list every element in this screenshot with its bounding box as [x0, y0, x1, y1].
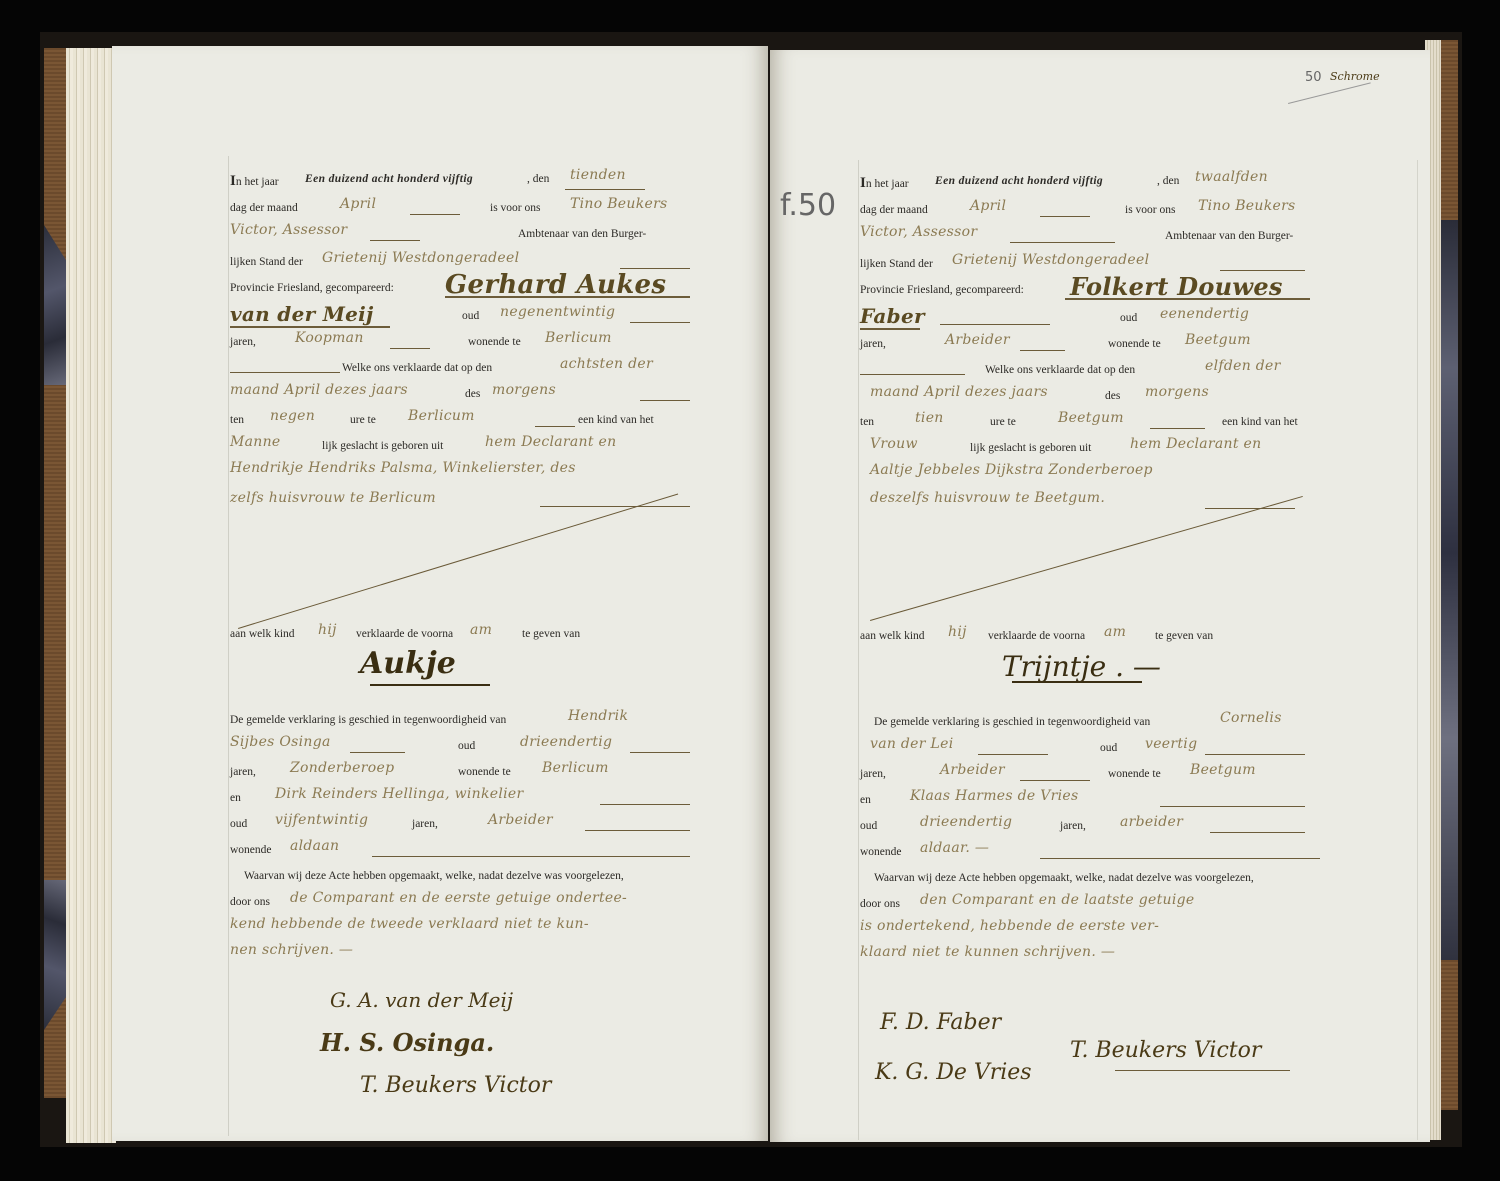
- hw-hour: tien: [915, 410, 944, 426]
- printed-year: Een duizend acht honderd vijftig: [305, 173, 473, 185]
- label-oud: oud: [230, 818, 247, 830]
- right-act: In het jaar Een duizend acht honderd vij…: [860, 170, 1315, 1130]
- hw-witness1-residence: Beetgum: [1190, 762, 1256, 778]
- hw-municipality: Grietenij Westdongeradeel: [952, 252, 1149, 268]
- label-oud: oud: [860, 820, 877, 832]
- hw-voornaam-suffix: am: [470, 622, 492, 638]
- label-getuigen: De gemelde verklaring is geschied in teg…: [230, 714, 506, 726]
- hw-birth-day: achtsten der: [560, 356, 653, 372]
- label-ten: ten: [860, 416, 874, 428]
- label-waarvan: Waarvan wij deze Acte hebben opgemaakt, …: [244, 870, 624, 882]
- label-jaren: jaren,: [230, 766, 256, 778]
- label-wonende: wonende: [230, 844, 272, 856]
- label-een-kind: een kind van het: [578, 414, 654, 426]
- label-den: , den: [1157, 175, 1179, 187]
- hw-parents-2: Hendrikje Hendriks Palsma, Winkelierster…: [230, 460, 576, 476]
- hw-age: eenendertig: [1160, 306, 1249, 322]
- label-jaren: jaren,: [860, 338, 886, 350]
- hw-municipality: Grietenij Westdongeradeel: [322, 250, 519, 266]
- hw-birth-place: Berlicum: [408, 408, 475, 424]
- hw-witness2-name: Klaas Harmes de Vries: [910, 788, 1078, 804]
- hw-time-of-day: morgens: [492, 382, 556, 398]
- hw-witness2-residence: aldaan: [290, 838, 339, 854]
- hw-pronoun: hij: [948, 624, 967, 640]
- hw-birth-day: elfden der: [1205, 358, 1281, 374]
- label-wonende: wonende: [860, 846, 902, 858]
- label-ambtenaar: Ambtenaar van den Burger-: [1165, 230, 1293, 242]
- hw-witness1-age: drieendertig: [520, 734, 612, 750]
- label-wonende-te: wonende te: [458, 766, 511, 778]
- page-number: 50: [1305, 70, 1322, 85]
- hw-parents-2: Aaltje Jebbeles Dijkstra Zonderberoep: [870, 462, 1153, 478]
- label-oud: oud: [462, 310, 479, 322]
- hw-official: Tino Beukers: [1198, 198, 1296, 214]
- hw-time-of-day: morgens: [1145, 384, 1209, 400]
- hw-official: Tino Beukers: [570, 196, 668, 212]
- label-wonende-te: wonende te: [468, 336, 521, 348]
- hw-witness1-first: Hendrik: [568, 708, 628, 724]
- hw-hour: negen: [270, 408, 315, 424]
- hw-witness1-age: veertig: [1145, 736, 1197, 752]
- label-voorna: verklaarde de voorna: [356, 628, 453, 640]
- hw-sex: Manne: [230, 434, 281, 450]
- label-door-ons: door ons: [860, 898, 900, 910]
- hw-closing-1: den Comparant en de laatste getuige: [920, 892, 1194, 908]
- label-in-het-jaar: n het jaar: [866, 178, 909, 190]
- hw-witness1-first: Cornelis: [1220, 710, 1282, 726]
- label-ten: ten: [230, 414, 244, 426]
- hw-witness2-name: Dirk Reinders Hellinga, winkelier: [275, 786, 523, 802]
- label-waarvan: Waarvan wij deze Acte hebben opgemaakt, …: [874, 872, 1254, 884]
- label-getuigen: De gemelde verklaring is geschied in teg…: [874, 716, 1150, 728]
- hw-parents-3: zelfs huisvrouw te Berlicum: [230, 490, 436, 506]
- hw-witness2-occupation: arbeider: [1120, 814, 1183, 830]
- printed-year: Een duizend acht honderd vijftig: [935, 175, 1103, 187]
- hw-month: April: [970, 198, 1006, 214]
- label-aan-welk-kind: aan welk kind: [860, 630, 925, 642]
- label-voorna: verklaarde de voorna: [988, 630, 1085, 642]
- hw-official-title: Victor, Assessor: [230, 222, 347, 238]
- hw-witness2-residence: aldaar. —: [920, 840, 989, 856]
- label-dag-der-maand: dag der maand: [230, 202, 298, 214]
- hw-witness1-name: van der Lei: [870, 736, 953, 752]
- label-jaren: jaren,: [230, 336, 256, 348]
- label-provincie: Provincie Friesland, gecompareerd:: [230, 282, 394, 294]
- hw-closing-3: klaard niet te kunnen schrijven. —: [860, 944, 1115, 960]
- label-en: en: [230, 792, 241, 804]
- label-dag-der-maand: dag der maand: [860, 204, 928, 216]
- left-act: In het jaar Een duizend acht honderd vij…: [230, 168, 700, 1128]
- label-jaren: jaren,: [1060, 820, 1086, 832]
- hw-day: twaalfden: [1195, 169, 1268, 185]
- signature-witness1: H. S. Osinga.: [320, 1028, 494, 1057]
- label-oud: oud: [1100, 742, 1117, 754]
- label-welke-ons: Welke ons verklaarde dat op den: [985, 364, 1135, 376]
- label-ure-te: ure te: [990, 416, 1016, 428]
- hw-parents-3: deszelfs huisvrouw te Beetgum.: [870, 490, 1105, 506]
- label-is-voor-ons: is voor ons: [490, 202, 540, 214]
- hw-witness1-name: Sijbes Osinga: [230, 734, 331, 750]
- hw-birth-place: Beetgum: [1058, 410, 1124, 426]
- hw-declarant: Folkert Douwes: [1070, 272, 1283, 301]
- label-lijk-geslacht: lijk geslacht is geboren uit: [970, 442, 1091, 454]
- label-lijken-stand: lijken Stand der: [230, 256, 303, 268]
- hw-voornaam-suffix: am: [1104, 624, 1126, 640]
- hw-official-title: Victor, Assessor: [860, 224, 977, 240]
- label-door-ons: door ons: [230, 896, 270, 908]
- label-jaren: jaren,: [860, 768, 886, 780]
- signature-official: T. Beukers Victor: [1070, 1038, 1261, 1063]
- hw-occupation: Koopman: [295, 330, 364, 346]
- label-jaren: jaren,: [412, 818, 438, 830]
- signature-witness: K. G. De Vries: [875, 1060, 1032, 1085]
- marbled-cover-right: [1440, 220, 1458, 960]
- hw-child-name: Trijntje . —: [1002, 650, 1161, 683]
- hw-witness2-age: vijfentwintig: [275, 812, 368, 828]
- signature-declarant: G. A. van der Meij: [330, 988, 513, 1012]
- page-number-initials: Schrome: [1330, 70, 1380, 83]
- hw-day: tienden: [570, 167, 626, 183]
- page-edges-left: [66, 48, 116, 1143]
- label-den: , den: [527, 173, 549, 185]
- signature-declarant: F. D. Faber: [880, 1010, 1001, 1035]
- label-welke-ons: Welke ons verklaarde dat op den: [342, 362, 492, 374]
- hw-declarant-surname: Faber: [860, 304, 925, 328]
- hw-closing-1: de Comparant en de eerste getuige ondert…: [290, 890, 627, 906]
- label-des: des: [465, 388, 480, 400]
- label-ambtenaar: Ambtenaar van den Burger-: [518, 228, 646, 240]
- label-lijken-stand: lijken Stand der: [860, 258, 933, 270]
- hw-closing-2: kend hebbende de tweede verklaard niet t…: [230, 916, 589, 932]
- label-te-geven-van: te geven van: [1155, 630, 1213, 642]
- hw-birth-month: maand April dezes jaars: [870, 384, 1048, 400]
- label-aan-welk-kind: aan welk kind: [230, 628, 295, 640]
- label-in-het-jaar: n het jaar: [236, 176, 279, 188]
- label-oud: oud: [1120, 312, 1137, 324]
- hw-sex: Vrouw: [870, 436, 918, 452]
- label-des: des: [1105, 390, 1120, 402]
- hw-occupation: Arbeider: [945, 332, 1010, 348]
- label-wonende-te: wonende te: [1108, 768, 1161, 780]
- hw-witness1-occupation: Zonderberoep: [290, 760, 394, 776]
- hw-month: April: [340, 196, 376, 212]
- pencil-folio-number: f.50: [780, 188, 836, 223]
- hw-closing-2: is ondertekend, hebbende de eerste ver-: [860, 918, 1159, 934]
- hw-age: negenentwintig: [500, 304, 615, 320]
- hw-child-name: Aukje: [360, 646, 456, 681]
- hw-witness2-age: drieendertig: [920, 814, 1012, 830]
- hw-declarant-surname: van der Meij: [230, 302, 374, 326]
- hw-parents-1: hem Declarant en: [1130, 436, 1261, 452]
- label-ure-te: ure te: [350, 414, 376, 426]
- label-wonende-te: wonende te: [1108, 338, 1161, 350]
- hw-witness2-occupation: Arbeider: [488, 812, 553, 828]
- hw-pronoun: hij: [318, 622, 337, 638]
- hw-witness1-occupation: Arbeider: [940, 762, 1005, 778]
- hw-residence: Beetgum: [1185, 332, 1251, 348]
- label-lijk-geslacht: lijk geslacht is geboren uit: [322, 440, 443, 452]
- label-te-geven-van: te geven van: [522, 628, 580, 640]
- label-oud: oud: [458, 740, 475, 752]
- hw-residence: Berlicum: [545, 330, 612, 346]
- hw-parents-1: hem Declarant en: [485, 434, 616, 450]
- hw-closing-3: nen schrijven. —: [230, 942, 353, 958]
- signature-official: T. Beukers Victor: [360, 1073, 551, 1098]
- hw-birth-month: maand April dezes jaars: [230, 382, 408, 398]
- label-is-voor-ons: is voor ons: [1125, 204, 1175, 216]
- label-een-kind: een kind van het: [1222, 416, 1298, 428]
- hw-witness1-residence: Berlicum: [542, 760, 609, 776]
- label-provincie: Provincie Friesland, gecompareerd:: [860, 284, 1024, 296]
- label-en: en: [860, 794, 871, 806]
